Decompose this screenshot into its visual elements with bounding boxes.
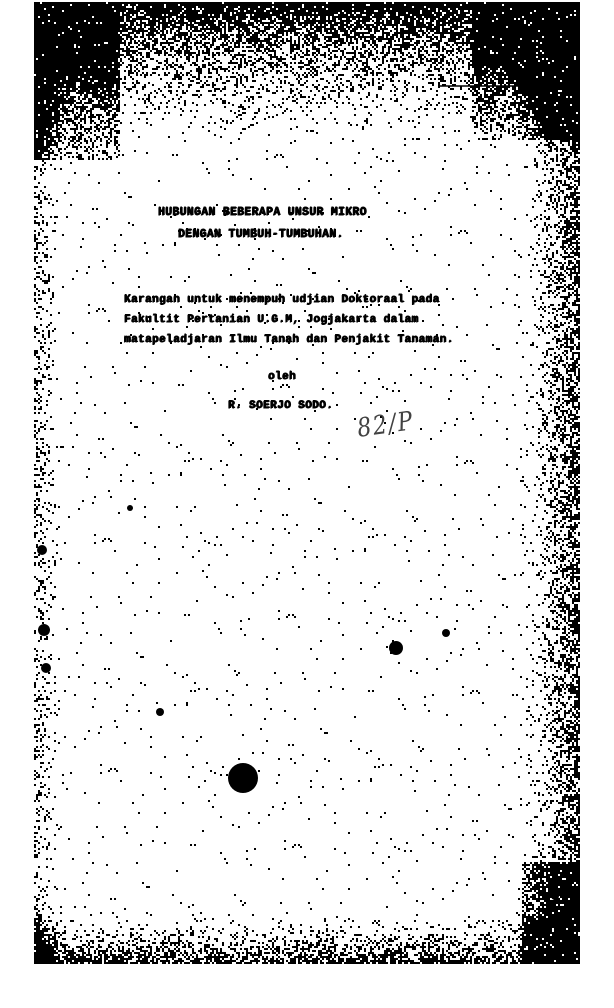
- by-label: oleh: [268, 371, 296, 383]
- title-line-1: HUBUNGAN BEBERAPA UNSUR MIKRO: [158, 206, 367, 219]
- title-line-2: DENGAN TUMBUH-TUMBUHAN.: [178, 228, 344, 241]
- author-name: R. SOERJO SODO.: [228, 400, 333, 412]
- scan-noise-border: [0, 0, 614, 1008]
- scanned-document-page: HUBUNGAN BEBERAPA UNSUR MIKRO DENGAN TUM…: [0, 0, 614, 1008]
- description-line-2: Fakultit Pertanian U.G.M, Jogjakarta dal…: [124, 314, 419, 326]
- description-line-3: matapeladjaran Ilmu Tanah dan Penjakit T…: [124, 334, 454, 346]
- description-line-1: Karangan untuk menempuh udjian Doktoraal…: [124, 294, 440, 306]
